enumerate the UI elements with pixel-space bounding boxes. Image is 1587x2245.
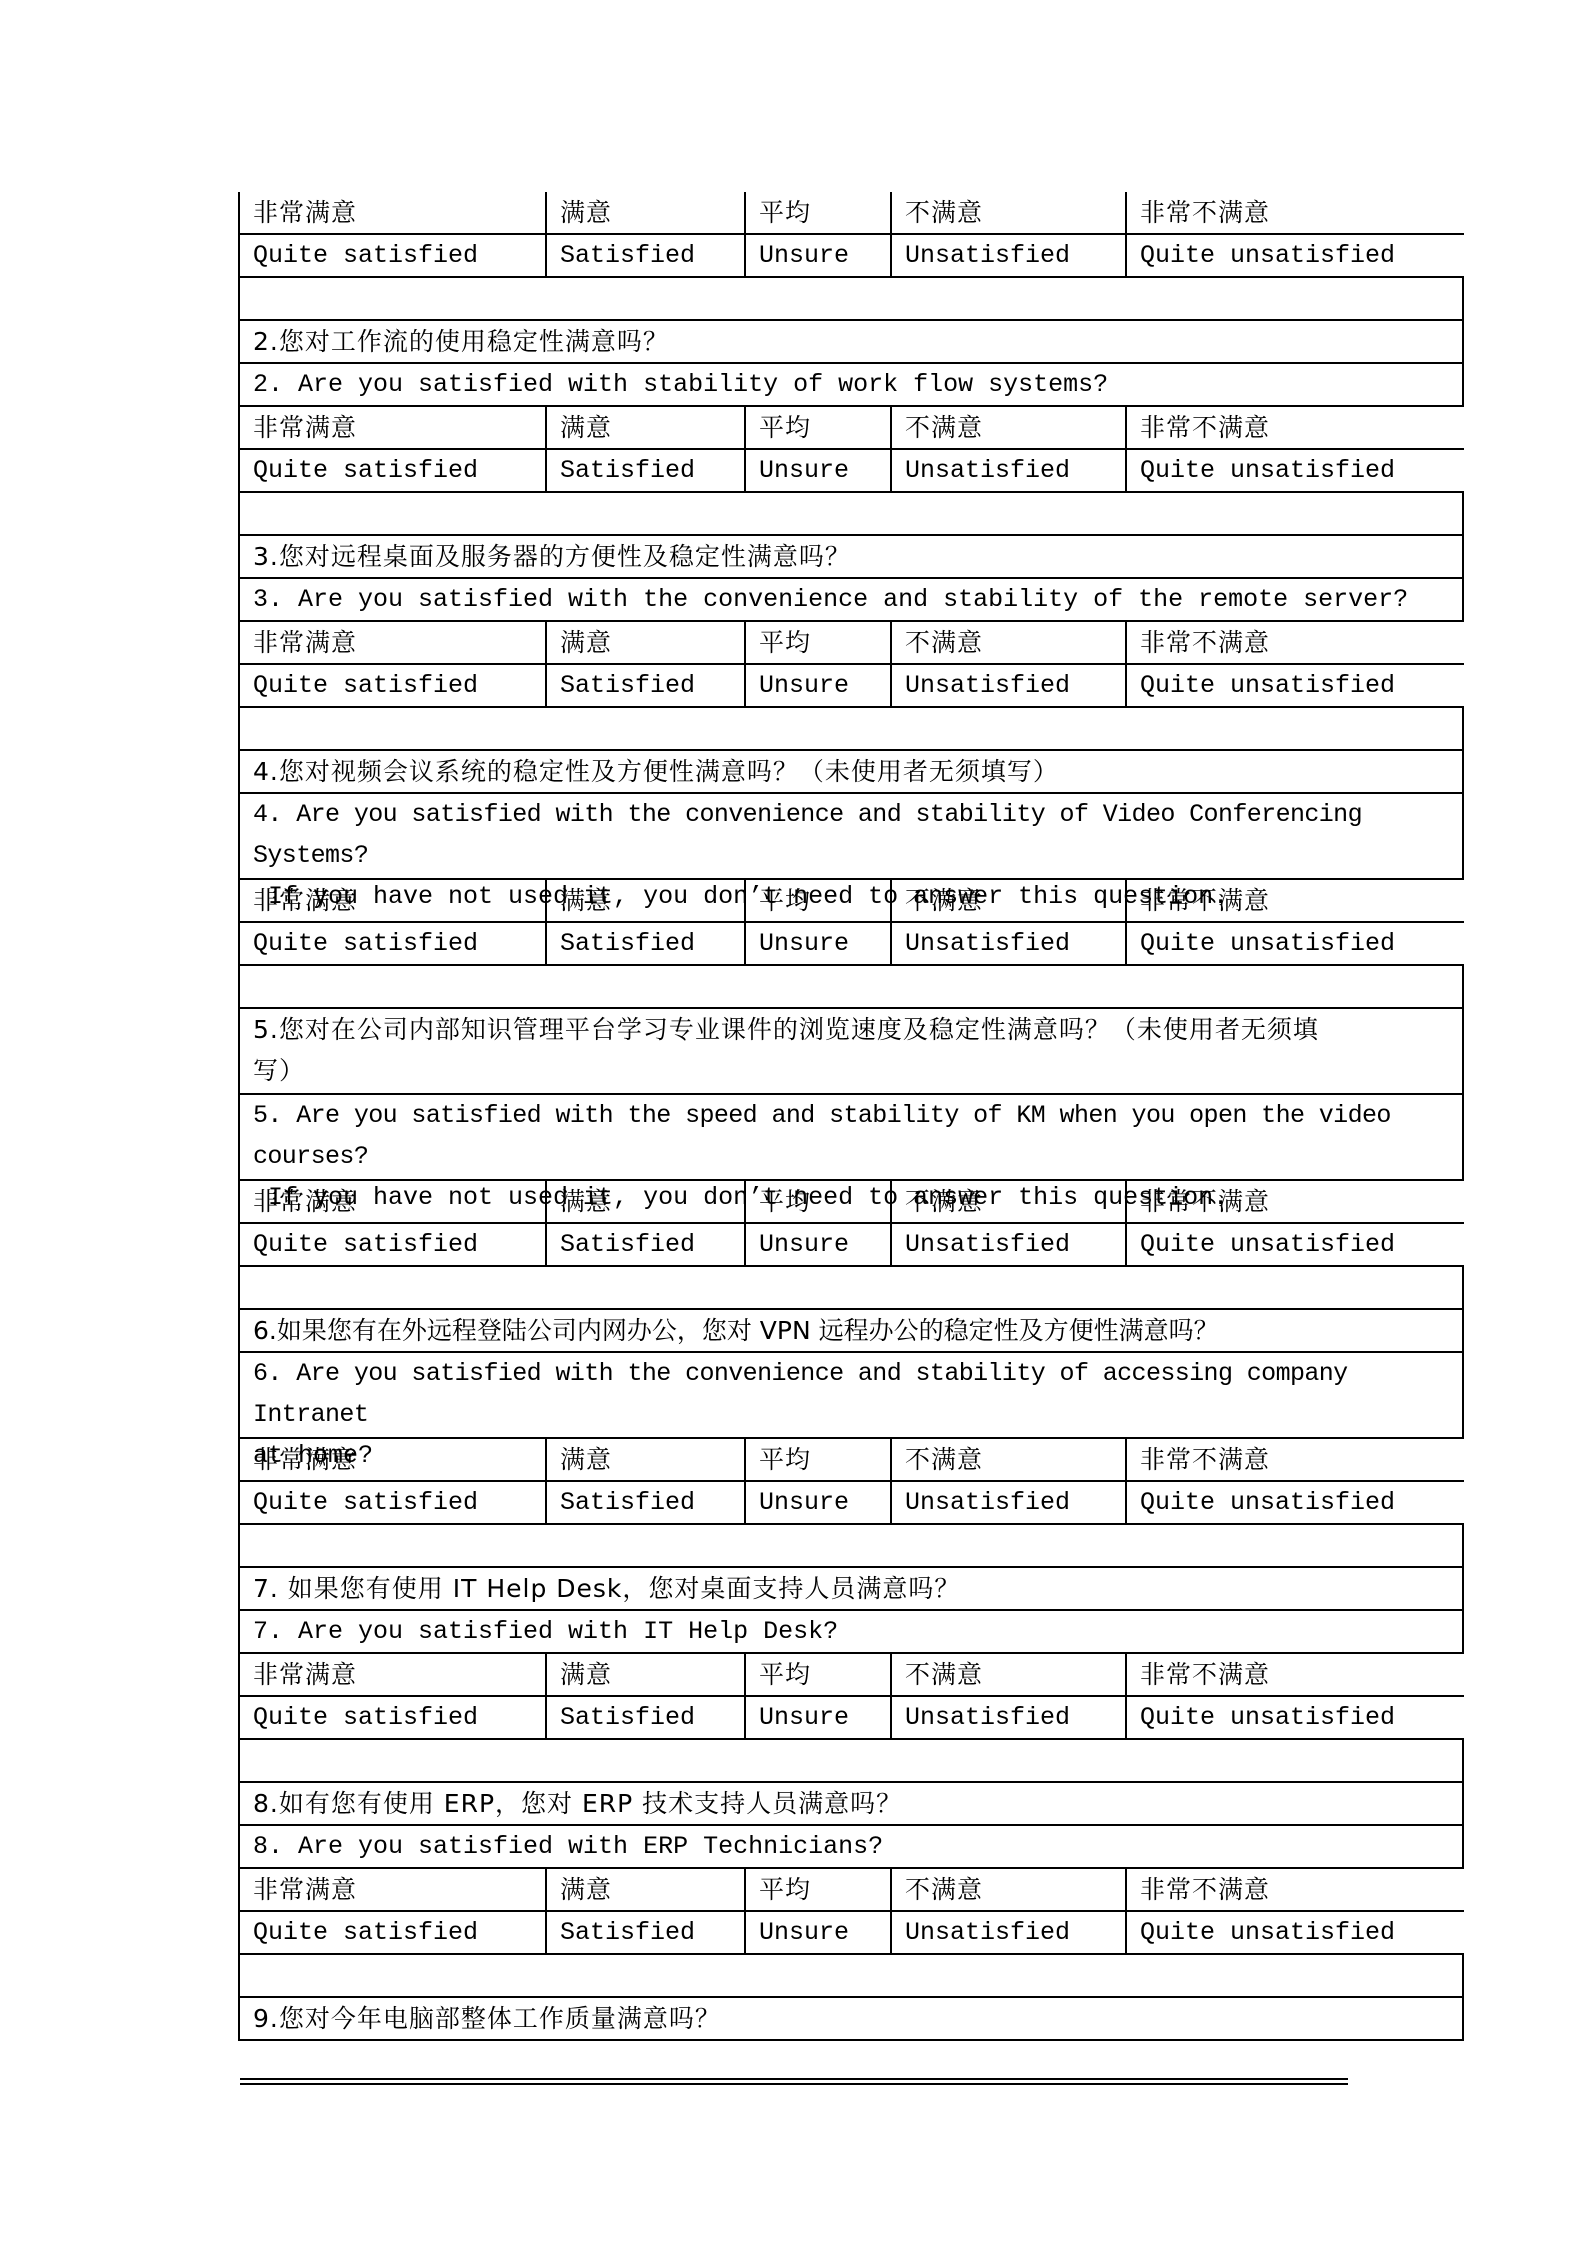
option-unsure-zh: 平均 [744, 407, 890, 448]
question-2-zh: 2.您对工作流的使用稳定性满意吗？ [238, 321, 1464, 364]
option-quite-unsatisfied-zh: 非常不满意 [1125, 1654, 1464, 1695]
question-7-zh: 7. 如果您有使用 IT Help Desk，您对桌面支持人员满意吗？ [238, 1568, 1464, 1611]
option-satisfied-zh: 满意 [545, 192, 744, 233]
options-row-zh: 非常满意 满意 平均 不满意 非常不满意 [238, 1439, 1464, 1482]
option-unsure: Unsure [744, 923, 890, 964]
question-text: 7. 如果您有使用 IT Help Desk，您对桌面支持人员满意吗？ [240, 1568, 1462, 1609]
option-quite-unsatisfied: Quite unsatisfied [1125, 923, 1464, 964]
question-text: 5.您对在公司内部知识管理平台学习专业课件的浏览速度及稳定性满意吗？（未使用者无… [240, 1009, 1462, 1050]
option-unsure: Unsure [744, 235, 890, 276]
option-quite-satisfied: Quite satisfied [240, 1912, 545, 1953]
question-3-zh: 3.您对远程桌面及服务器的方便性及稳定性满意吗？ [238, 536, 1464, 579]
question-3-en: 3. Are you satisfied with the convenienc… [238, 579, 1464, 622]
option-unsatisfied: Unsatisfied [890, 1697, 1125, 1738]
option-quite-unsatisfied-zh: 非常不满意 [1125, 1869, 1464, 1910]
question-4-en: 4. Are you satisfied with the convenienc… [238, 794, 1464, 880]
options-row-en: Quite satisfied Satisfied Unsure Unsatis… [238, 665, 1464, 708]
option-quite-unsatisfied: Quite unsatisfied [1125, 1482, 1464, 1523]
option-quite-unsatisfied: Quite unsatisfied [1125, 1697, 1464, 1738]
answer-blank-row[interactable] [238, 708, 1464, 751]
option-satisfied: Satisfied [545, 665, 744, 706]
option-unsure: Unsure [744, 450, 890, 491]
option-unsatisfied-zh: 不满意 [890, 1439, 1125, 1480]
question-5-zh: 5.您对在公司内部知识管理平台学习专业课件的浏览速度及稳定性满意吗？（未使用者无… [238, 1009, 1464, 1095]
question-text: 7. Are you satisfied with IT Help Desk? [240, 1611, 1462, 1652]
options-row-en: Quite satisfied Satisfied Unsure Unsatis… [238, 923, 1464, 966]
options-row-zh: 非常满意 满意 平均 不满意 非常不满意 [238, 407, 1464, 450]
option-unsure: Unsure [744, 1697, 890, 1738]
answer-blank-row[interactable] [238, 1267, 1464, 1310]
answer-blank-row[interactable] [238, 966, 1464, 1009]
option-satisfied-zh: 满意 [545, 622, 744, 663]
question-text: 5. Are you satisfied with the speed and … [240, 1095, 1462, 1177]
options-row-zh: 非常满意 满意 平均 不满意 非常不满意 [238, 1654, 1464, 1697]
answer-blank-row[interactable] [238, 493, 1464, 536]
option-quite-satisfied-zh: 非常满意 [240, 1181, 545, 1222]
options-row-en: Quite satisfied Satisfied Unsure Unsatis… [238, 1482, 1464, 1525]
option-satisfied-zh: 满意 [545, 407, 744, 448]
option-satisfied: Satisfied [545, 1912, 744, 1953]
question-text: 3.您对远程桌面及服务器的方便性及稳定性满意吗？ [240, 536, 1462, 577]
option-satisfied: Satisfied [545, 450, 744, 491]
option-quite-unsatisfied: Quite unsatisfied [1125, 665, 1464, 706]
option-unsatisfied-zh: 不满意 [890, 192, 1125, 233]
option-unsatisfied: Unsatisfied [890, 1224, 1125, 1265]
option-satisfied: Satisfied [545, 1482, 744, 1523]
question-text: 6.如果您有在外远程登陆公司内网办公，您对 VPN 远程办公的稳定性及方便性满意… [240, 1310, 1462, 1351]
option-unsure: Unsure [744, 665, 890, 706]
option-unsure: Unsure [744, 1482, 890, 1523]
options-row-zh: 非常满意 满意 平均 不满意 非常不满意 [238, 880, 1464, 923]
options-row-en: Quite satisfied Satisfied Unsure Unsatis… [238, 1697, 1464, 1740]
option-unsatisfied: Unsatisfied [890, 235, 1125, 276]
options-row-zh: 非常满意 满意 平均 不满意 非常不满意 [238, 622, 1464, 665]
option-satisfied: Satisfied [545, 1697, 744, 1738]
option-quite-satisfied: Quite satisfied [240, 235, 545, 276]
options-row-zh: 非常满意 满意 平均 不满意 非常不满意 [238, 1869, 1464, 1912]
option-quite-satisfied-zh: 非常满意 [240, 1439, 545, 1480]
answer-blank-row[interactable] [238, 278, 1464, 321]
question-text: 8. Are you satisfied with ERP Technician… [240, 1826, 1462, 1867]
question-text-cont: 写） [240, 1050, 1462, 1091]
question-6-zh: 6.如果您有在外远程登陆公司内网办公，您对 VPN 远程办公的稳定性及方便性满意… [238, 1310, 1464, 1353]
option-unsatisfied: Unsatisfied [890, 665, 1125, 706]
option-quite-unsatisfied-zh: 非常不满意 [1125, 1181, 1464, 1222]
option-quite-unsatisfied: Quite unsatisfied [1125, 1912, 1464, 1953]
option-unsure-zh: 平均 [744, 880, 890, 921]
survey-table: 非常满意 满意 平均 不满意 非常不满意 Quite satisfied Sat… [238, 192, 1464, 2041]
question-text: 4. Are you satisfied with the convenienc… [240, 794, 1462, 876]
question-6-en: 6. Are you satisfied with the convenienc… [238, 1353, 1464, 1439]
option-quite-satisfied-zh: 非常满意 [240, 1654, 545, 1695]
options-row-en: Quite satisfied Satisfied Unsure Unsatis… [238, 450, 1464, 493]
option-quite-unsatisfied-zh: 非常不满意 [1125, 622, 1464, 663]
option-unsure: Unsure [744, 1224, 890, 1265]
option-quite-unsatisfied-zh: 非常不满意 [1125, 407, 1464, 448]
options-row-en: Quite satisfied Satisfied Unsure Unsatis… [238, 1912, 1464, 1955]
option-satisfied-zh: 满意 [545, 880, 744, 921]
question-8-en: 8. Are you satisfied with ERP Technician… [238, 1826, 1464, 1869]
footer-rule-top [240, 2078, 1348, 2080]
option-unsatisfied: Unsatisfied [890, 450, 1125, 491]
question-text: 3. Are you satisfied with the convenienc… [240, 579, 1462, 620]
question-8-zh: 8.如有您有使用 ERP，您对 ERP 技术支持人员满意吗？ [238, 1783, 1464, 1826]
option-unsatisfied: Unsatisfied [890, 1912, 1125, 1953]
question-4-zh: 4.您对视频会议系统的稳定性及方便性满意吗？（未使用者无须填写） [238, 751, 1464, 794]
option-satisfied: Satisfied [545, 235, 744, 276]
option-quite-unsatisfied: Quite unsatisfied [1125, 1224, 1464, 1265]
option-satisfied: Satisfied [545, 1224, 744, 1265]
question-2-en: 2. Are you satisfied with stability of w… [238, 364, 1464, 407]
option-unsatisfied-zh: 不满意 [890, 622, 1125, 663]
option-satisfied-zh: 满意 [545, 1654, 744, 1695]
option-unsatisfied-zh: 不满意 [890, 1654, 1125, 1695]
option-satisfied: Satisfied [545, 923, 744, 964]
option-quite-satisfied: Quite satisfied [240, 1224, 545, 1265]
footer-rule-bottom [240, 2083, 1348, 2085]
option-unsure-zh: 平均 [744, 1439, 890, 1480]
option-unsatisfied-zh: 不满意 [890, 407, 1125, 448]
option-quite-satisfied-zh: 非常满意 [240, 880, 545, 921]
option-quite-satisfied: Quite satisfied [240, 923, 545, 964]
option-unsatisfied-zh: 不满意 [890, 880, 1125, 921]
question-7-en: 7. Are you satisfied with IT Help Desk? [238, 1611, 1464, 1654]
option-quite-satisfied: Quite satisfied [240, 450, 545, 491]
answer-blank-row[interactable] [238, 1525, 1464, 1568]
document-page: 非常满意 满意 平均 不满意 非常不满意 Quite satisfied Sat… [0, 0, 1587, 2245]
question-text: 4.您对视频会议系统的稳定性及方便性满意吗？（未使用者无须填写） [240, 751, 1462, 792]
options-row-zh: 非常满意 满意 平均 不满意 非常不满意 [238, 192, 1464, 235]
question-text: 8.如有您有使用 ERP，您对 ERP 技术支持人员满意吗？ [240, 1783, 1462, 1824]
options-row-zh: 非常满意 满意 平均 不满意 非常不满意 [238, 1181, 1464, 1224]
answer-blank-row[interactable] [238, 1955, 1464, 1998]
options-row-en: Quite satisfied Satisfied Unsure Unsatis… [238, 235, 1464, 278]
option-quite-satisfied-zh: 非常满意 [240, 622, 545, 663]
question-text: 2.您对工作流的使用稳定性满意吗？ [240, 321, 1462, 362]
option-unsatisfied-zh: 不满意 [890, 1181, 1125, 1222]
option-quite-unsatisfied-zh: 非常不满意 [1125, 880, 1464, 921]
option-unsure-zh: 平均 [744, 622, 890, 663]
option-unsatisfied: Unsatisfied [890, 923, 1125, 964]
option-quite-unsatisfied: Quite unsatisfied [1125, 235, 1464, 276]
option-quite-satisfied: Quite satisfied [240, 1482, 545, 1523]
option-quite-satisfied-zh: 非常满意 [240, 1869, 545, 1910]
option-quite-unsatisfied: Quite unsatisfied [1125, 450, 1464, 491]
option-satisfied-zh: 满意 [545, 1439, 744, 1480]
option-unsatisfied-zh: 不满意 [890, 1869, 1125, 1910]
option-satisfied-zh: 满意 [545, 1869, 744, 1910]
question-text: 2. Are you satisfied with stability of w… [240, 364, 1462, 405]
option-quite-satisfied: Quite satisfied [240, 665, 545, 706]
option-quite-unsatisfied-zh: 非常不满意 [1125, 1439, 1464, 1480]
option-unsure-zh: 平均 [744, 1654, 890, 1695]
option-quite-satisfied-zh: 非常满意 [240, 192, 545, 233]
question-9-zh: 9.您对今年电脑部整体工作质量满意吗？ [238, 1998, 1464, 2041]
option-quite-satisfied: Quite satisfied [240, 1697, 545, 1738]
option-unsure-zh: 平均 [744, 1181, 890, 1222]
option-quite-unsatisfied-zh: 非常不满意 [1125, 192, 1464, 233]
question-5-en: 5. Are you satisfied with the speed and … [238, 1095, 1464, 1181]
options-row-en: Quite satisfied Satisfied Unsure Unsatis… [238, 1224, 1464, 1267]
answer-blank-row[interactable] [238, 1740, 1464, 1783]
option-unsure-zh: 平均 [744, 192, 890, 233]
option-unsatisfied: Unsatisfied [890, 1482, 1125, 1523]
option-unsure-zh: 平均 [744, 1869, 890, 1910]
question-text: 6. Are you satisfied with the convenienc… [240, 1353, 1462, 1435]
option-quite-satisfied-zh: 非常满意 [240, 407, 545, 448]
question-text: 9.您对今年电脑部整体工作质量满意吗？ [240, 1998, 1462, 2039]
option-unsure: Unsure [744, 1912, 890, 1953]
option-satisfied-zh: 满意 [545, 1181, 744, 1222]
